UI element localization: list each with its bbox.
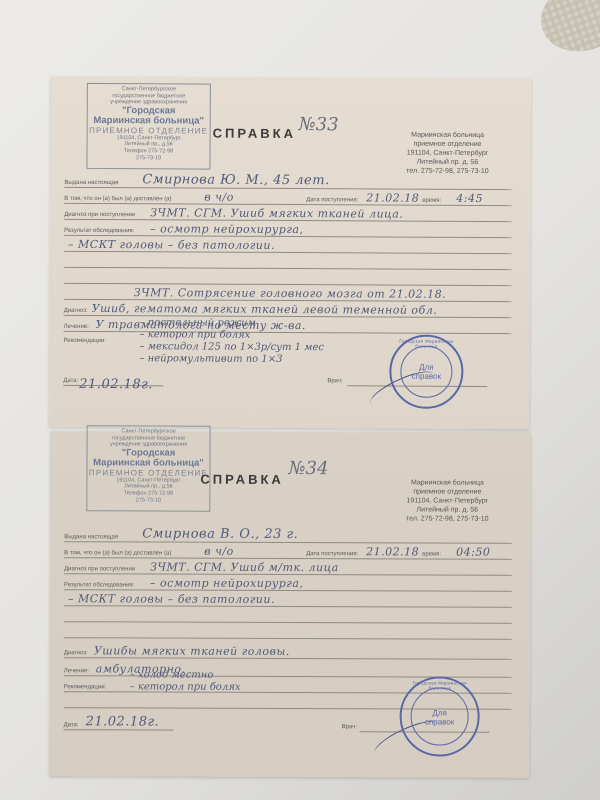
exam-result-label: Результат обследования:	[64, 582, 134, 588]
diagnosis-value: Ушибы мягких тканей головы.	[94, 644, 290, 658]
issued-to-label: Выдана настоящая	[64, 534, 118, 540]
stamp-hospital-name: Мариинская больница"	[87, 458, 209, 468]
date-row: Дата: 21.02.18г.	[64, 713, 174, 730]
admission-diagnosis-value: ЗЧМТ. СГМ. Ушиб мягких тканей лица.	[150, 206, 403, 220]
delivered-value: в ч/о	[204, 191, 234, 204]
recommendation-item: – холод местно	[130, 669, 241, 681]
address-line: приемное отделение	[382, 487, 512, 496]
document-title: СПРАВКА	[213, 126, 296, 141]
date-value: 21.02.18г.	[79, 377, 153, 392]
admission-date-label: Дата поступления:	[306, 197, 358, 203]
recommendation-item: – мексидол 125 по 1×3р/сут 1 мес	[139, 341, 324, 354]
recommendation-item: – кеторол при болях	[130, 681, 241, 693]
stamp-department: ПРИЕМНОЕ ОТДЕЛЕНИЕ	[87, 468, 209, 477]
hospital-header-stamp: Санкт-Петербургское государственное бюдж…	[86, 425, 210, 511]
admission-date-value: 21.02.18	[366, 545, 419, 558]
exam-result-value: – осмотр нейрохирурга,	[150, 222, 303, 236]
certificate-sheet-1: Санкт-Петербургское государственное бюдж…	[49, 77, 531, 430]
seal-text: справок	[402, 717, 478, 726]
hospital-address: Мариинская больница приемное отделение 1…	[382, 478, 512, 523]
address-line: тел. 275-72-98, 275-73-10	[382, 514, 512, 523]
stamp-department: ПРИЕМНОЕ ОТДЕЛЕНИЕ	[88, 126, 210, 136]
diagnosis-row: Диагноз: Ушибы мягких тканей головы.	[64, 641, 512, 660]
seal-center-text: Для справок	[402, 708, 478, 726]
stamp-line: 275-73-10	[87, 497, 209, 504]
issued-to-label: Выдана настоящая	[64, 180, 118, 186]
stamp-line: 275-73-10	[87, 155, 209, 162]
issued-to-value: Смирнова Ю. М., 45 лет.	[142, 172, 329, 188]
seal-text: Для	[391, 363, 461, 372]
document-number: №33	[299, 114, 339, 135]
diagnosis-label: Диагноз:	[64, 308, 88, 314]
address-line: 191104, Санкт-Петербург	[382, 496, 512, 505]
address-line: Мариинская больница	[382, 478, 512, 487]
treatment-label: Лечение:	[64, 668, 89, 674]
blank-row	[64, 621, 512, 640]
time-value: 4:45	[456, 192, 483, 205]
time-label: время:	[422, 198, 441, 204]
seal-ring-text: Городская Мариинская больница	[392, 339, 462, 349]
recommendations-label: Рекомендации:	[64, 684, 107, 690]
time-label: время:	[422, 551, 441, 557]
date-label: Дата:	[63, 378, 78, 384]
recommendations-label: Рекомендации:	[64, 338, 107, 344]
seal-text: справок	[391, 372, 461, 381]
exam-result-label: Результат обследования:	[64, 228, 134, 234]
lace-cloth	[531, 0, 600, 63]
admission-date-label: Дата поступления:	[306, 551, 358, 557]
admission-diagnosis-label: Диагноз при поступлении	[64, 212, 135, 218]
date-value: 21.02.18г.	[86, 714, 160, 729]
document-title: СПРАВКА	[200, 472, 283, 487]
diagnosis-label: Диагноз:	[64, 650, 88, 656]
hospital-seal: Городская Мариинская больница Для справо…	[389, 335, 463, 409]
seal-center-text: Для справок	[391, 363, 461, 381]
doctor-label: Врач:	[327, 378, 342, 384]
recommendation-item: – постельный режим	[140, 317, 325, 330]
issued-to-value: Смирнова В. О., 23 г.	[142, 526, 298, 542]
delivered-label: В том, что он (а) был (а) доставлен (а)	[64, 196, 171, 203]
hospital-header-stamp: Санкт-Петербургское государственное бюдж…	[86, 83, 210, 170]
time-value: 04:50	[456, 546, 490, 559]
recommendation-item: – кеторол при болях	[140, 329, 325, 342]
delivered-label: В том, что он (а) был (а) доставлен (а)	[64, 550, 171, 556]
address-line: Литейный пр. д. 56	[382, 505, 512, 514]
hospital-address: Мариинская больница приемное отделение 1…	[382, 130, 512, 176]
stamp-hospital-name: Мариинская больница"	[88, 116, 210, 127]
recommendations-list: – постельный режим – кеторол при болях –…	[139, 317, 324, 366]
delivered-value: в ч/о	[204, 545, 234, 558]
recommendation-item: – нейромультивит по 1×3	[139, 353, 324, 366]
exam-result-value: – МСКТ головы – без патологии.	[68, 592, 275, 606]
admission-diagnosis-value: ЗЧМТ. СГМ. Ушиб м/тк. лица	[150, 561, 339, 575]
exam-result-value: – МСКТ головы – без патологии.	[68, 238, 275, 252]
recommendations-list: – холод местно – кеторол при болях	[130, 669, 241, 693]
seal-text: Для	[402, 708, 478, 717]
doctor-label: Врач:	[342, 724, 357, 730]
certificate-sheet-2: Санкт-Петербургское государственное бюдж…	[49, 431, 530, 778]
exam-result-value: – осмотр нейрохирурга,	[150, 577, 303, 591]
seal-ring-text: Городская Мариинская больница	[402, 680, 478, 690]
hospital-seal: Городская Мариинская больница Для справо…	[399, 676, 479, 756]
document-number: №34	[288, 458, 328, 479]
admission-diagnosis-label: Диагноз при поступлении	[64, 566, 135, 572]
admission-date-value: 21.02.18	[366, 191, 419, 204]
date-label: Дата:	[64, 722, 79, 728]
